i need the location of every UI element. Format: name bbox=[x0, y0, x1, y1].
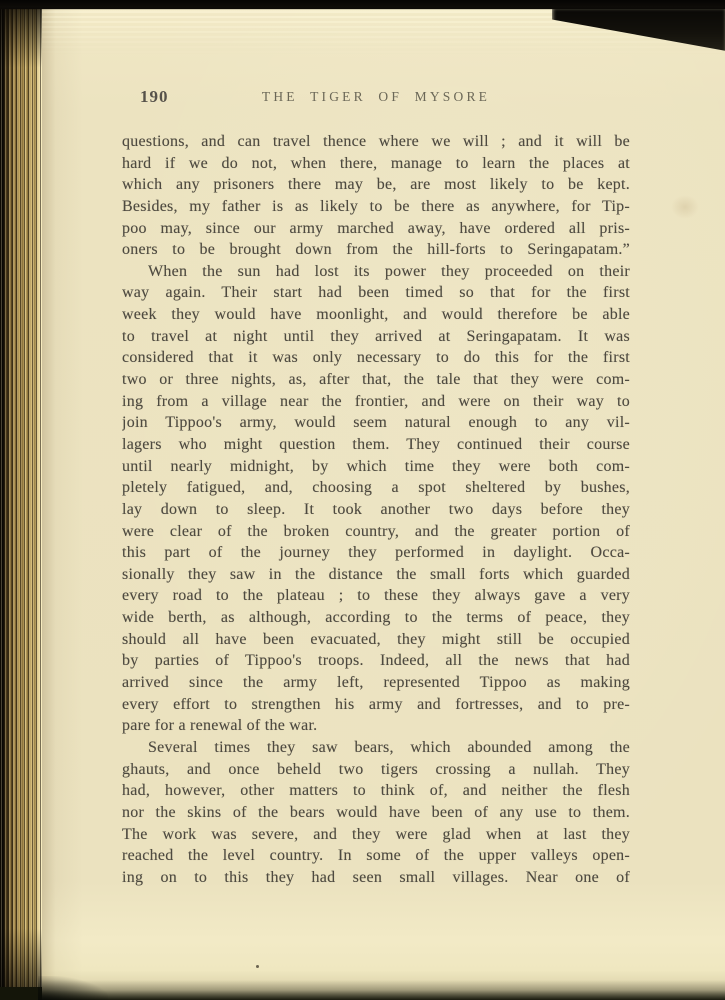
text-line: nor the skins of the bears would have be… bbox=[122, 802, 630, 824]
text-line: arrived since the army left, represented… bbox=[122, 672, 630, 694]
text-line: week they would have moonlight, and woul… bbox=[122, 304, 630, 326]
page-bottom-shadow bbox=[42, 980, 725, 1000]
paragraph: When the sun had lost its power they pro… bbox=[122, 261, 630, 737]
background-top-edge bbox=[0, 0, 725, 10]
text-line: reached the level country. In some of th… bbox=[122, 845, 630, 867]
text-line: which any prisoners there may be, are mo… bbox=[122, 174, 630, 196]
scanned-book-page: 190 THE TIGER OF MYSORE questions, and c… bbox=[0, 0, 725, 1000]
book-fore-edge-pages bbox=[0, 9, 42, 987]
page-content: 190 THE TIGER OF MYSORE questions, and c… bbox=[122, 87, 630, 888]
text-line: every effort to strengthen his army and … bbox=[122, 694, 630, 716]
text-line: way again. Their start had been timed so… bbox=[122, 282, 630, 304]
text-line: oners to be brought down from the hill-f… bbox=[122, 239, 630, 261]
ink-speck bbox=[256, 965, 259, 968]
text-line: by parties of Tippoo's troops. Indeed, a… bbox=[122, 650, 630, 672]
text-line: pare for a renewal of the war. bbox=[122, 715, 630, 737]
text-line: poo may, since our army marched away, ha… bbox=[122, 218, 630, 240]
text-line: pletely fatigued, and, choosing a spot s… bbox=[122, 477, 630, 499]
text-line: ghauts, and once beheld two tigers cross… bbox=[122, 759, 630, 781]
text-line: to travel at night until they arrived at… bbox=[122, 326, 630, 348]
running-title: THE TIGER OF MYSORE bbox=[122, 87, 630, 105]
text-line: wide berth, as although, according to th… bbox=[122, 607, 630, 629]
page-header: 190 THE TIGER OF MYSORE bbox=[122, 87, 630, 107]
text-line: considered that it was only necessary to… bbox=[122, 347, 630, 369]
bottom-left-shadow bbox=[38, 976, 108, 1000]
book-page: 190 THE TIGER OF MYSORE questions, and c… bbox=[42, 9, 725, 1000]
text-line: Besides, my father is as likely to be th… bbox=[122, 196, 630, 218]
text-line: should all have been evacuated, they mig… bbox=[122, 629, 630, 651]
page-text: questions, and can travel thence where w… bbox=[122, 131, 630, 888]
text-line: Several times they saw bears, which abou… bbox=[122, 737, 630, 759]
text-line: sionally they saw in the distance the sm… bbox=[122, 564, 630, 586]
text-line: questions, and can travel thence where w… bbox=[122, 131, 630, 153]
text-line: every road to the plateau ; to these the… bbox=[122, 585, 630, 607]
text-line: were clear of the broken country, and th… bbox=[122, 521, 630, 543]
text-line: ing from a village near the frontier, an… bbox=[122, 391, 630, 413]
text-line: join Tippoo's army, would seem natural e… bbox=[122, 412, 630, 434]
text-line: ing on to this they had seen small villa… bbox=[122, 867, 630, 889]
page-number: 190 bbox=[140, 87, 169, 107]
text-line: had, however, other matters to think of,… bbox=[122, 780, 630, 802]
paper-stain bbox=[671, 195, 699, 219]
text-line: lagers who might question them. They con… bbox=[122, 434, 630, 456]
text-line: The work was severe, and they were glad … bbox=[122, 824, 630, 846]
paragraph: Several times they saw bears, which abou… bbox=[122, 737, 630, 888]
text-line: When the sun had lost its power they pro… bbox=[122, 261, 630, 283]
text-line: until nearly midnight, by which time the… bbox=[122, 456, 630, 478]
text-line: lay down to sleep. It took another two d… bbox=[122, 499, 630, 521]
text-line: hard if we do not, when there, manage to… bbox=[122, 153, 630, 175]
text-line: two or three nights, as, after that, the… bbox=[122, 369, 630, 391]
paragraph: questions, and can travel thence where w… bbox=[122, 131, 630, 261]
text-line: this part of the journey they performed … bbox=[122, 542, 630, 564]
